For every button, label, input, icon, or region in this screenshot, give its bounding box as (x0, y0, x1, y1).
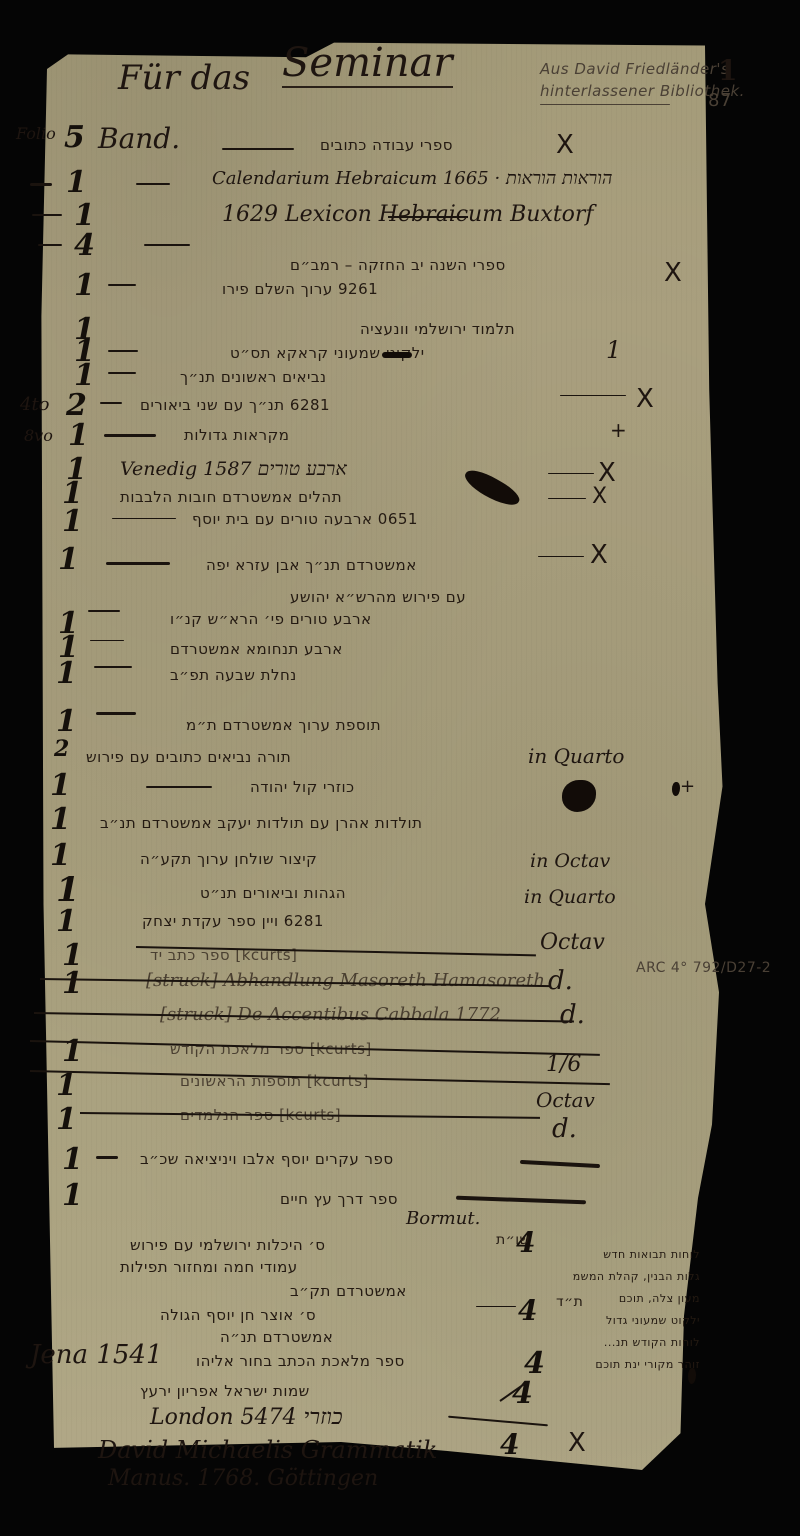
format-note: in Quarto (528, 744, 624, 768)
tally-qty: 4 (74, 228, 95, 263)
tally-qty: 1 (50, 802, 71, 837)
entry-title: אמשטרדם תק״ב (290, 1282, 407, 1300)
tally-qty: 1 (50, 768, 71, 803)
entry-title: 1629 ערוך השלם פירו (222, 280, 378, 298)
entry-title: ספר עקרים יוסף אלבו ויניציאה שכ״ב (140, 1150, 394, 1168)
entry-title: תלמוד ירושלמי וונעציה (360, 320, 515, 338)
format-note: in Octav (530, 850, 610, 872)
tally-qty: 2 (54, 736, 69, 762)
entry-title: תהלים אמשטרדם חובות הלבבות (120, 488, 342, 506)
plus-mark: + (610, 418, 627, 442)
entry-title: ארבע טורים פי׳ הרא״ש קנ״ו (170, 610, 372, 628)
entry-title: ספר דרך עץ חיים (280, 1190, 398, 1208)
tally-word: Band. (98, 122, 180, 155)
format-note: d. (548, 966, 573, 996)
x-mark: X (664, 258, 682, 288)
ditto-dash (136, 183, 170, 185)
lead-line (548, 498, 586, 499)
ditto-dash (146, 786, 212, 788)
entry-title: Venedig 1587 ארבע טורים (120, 458, 347, 481)
x-mark: X (636, 384, 654, 414)
entry-title: ספרי השנה יב החזקה – רמב״ם (290, 256, 506, 274)
ditto-dash (94, 666, 132, 668)
tally-qty: 1 (56, 1068, 77, 1103)
entry-title: Calendarium Hebraicum 1665 · הוראות הורא… (212, 168, 612, 189)
side-note-line: לוחות תבואות חדש (580, 1244, 700, 1266)
format-note: d. (560, 1000, 585, 1030)
format-label-folio: Folio (16, 124, 56, 143)
entry-title: ס׳ היכלות ירושלמי עם פירוש (130, 1236, 325, 1254)
folio-mark: 1 (718, 54, 737, 87)
imprint-jena: Jena 1541 (30, 1340, 163, 1370)
lead-line (560, 395, 626, 396)
format-note: Octav (540, 930, 605, 955)
entry-title: עם פירוש מהרש״א יהושע (290, 588, 466, 606)
ditto-dash (96, 1156, 118, 1159)
tally-qty: 1 (68, 418, 89, 453)
tally-qty: 1 (62, 966, 83, 1001)
check-mark: 1 (606, 336, 621, 364)
ditto-dash (96, 712, 136, 715)
side-note-line: זוהר מקורי ינת תוכם (580, 1354, 700, 1376)
entry-title: ספר מלאכת הכתב בחור אליהו (196, 1352, 405, 1370)
ditto-dash (476, 1306, 516, 1307)
strikethrough (388, 216, 468, 218)
entry-title: 1629 Lexicon Hebraicum Buxtorf (222, 202, 594, 227)
lead-dash (32, 214, 62, 216)
lead-dash (30, 183, 52, 186)
ditto-dash (108, 284, 136, 286)
ditto-dash (108, 372, 136, 374)
entry-title: ספרי עבודה כתובים (320, 136, 453, 154)
tally-qty: 1 (56, 704, 77, 739)
entry-title: David Michaelis Grammatik (98, 1436, 437, 1464)
ditto-dash (222, 148, 294, 150)
entry-title: 1826 ויין ספר עקדת יצחק (142, 912, 324, 930)
ditto-dash (106, 562, 170, 565)
ink-smear (382, 352, 412, 358)
format-note: in Quarto (524, 886, 616, 908)
signature-fragment: Bormut. (406, 1208, 480, 1229)
ditto-dash (144, 244, 190, 246)
ditto-dash (90, 640, 124, 641)
format-note: d. (552, 1114, 577, 1144)
x-mark: X (568, 1428, 586, 1458)
entry-title: 1826 תנ״ך עם שני ביאורים (140, 396, 330, 414)
tally-qty: 1 (58, 542, 79, 577)
tally-qty: 1 (56, 904, 77, 939)
entry-title: ארבע תנחומא אמשטרדם (170, 640, 343, 658)
format-number: 4 (512, 1376, 533, 1411)
entry-title: שמות ישראל אפריון ירעץ (140, 1382, 310, 1400)
format-number: 4 (500, 1428, 519, 1461)
entry-title: תולדות אהרן עם תולדות יעקב אמשטרדם תנ״ב (100, 814, 422, 832)
format-number: 4 (518, 1294, 537, 1327)
entry-title: נביאים ראשונים תנ״ך (180, 368, 327, 386)
call-number: ARC 4° 792/D27-2 (636, 960, 771, 976)
entry-title: London 5474 כוזרי (150, 1404, 343, 1430)
tally-qty: 1 (56, 1102, 77, 1137)
entry-title: ס׳ אוצר חן יוסף הגולה (160, 1306, 316, 1324)
side-note-line: גלות הבנין, קהלת המשמ (580, 1266, 700, 1288)
tally-qty: 1 (66, 165, 87, 200)
provenance-note-line1: Aus David Friedländer's (540, 60, 729, 78)
entry-title: כוזרי קול יהודה (250, 778, 355, 796)
lead-dash (38, 244, 62, 246)
entry-title: אמשטרדם תנ״ה (220, 1328, 333, 1346)
format-note: Octav (536, 1088, 595, 1112)
ink-spot (688, 1368, 696, 1384)
ditto-dash (108, 350, 138, 352)
lead-line (538, 556, 584, 557)
x-mark: X (556, 130, 574, 160)
entry-title: תורה נביאים כתובים עם פירוש (86, 748, 291, 766)
tally-qty: 1 (56, 656, 77, 691)
tally-qty: 1 (62, 1142, 83, 1177)
plus-mark: + (680, 776, 695, 797)
ditto-dash (88, 610, 120, 612)
entry-title: נחלת שבעה תפ״ב (170, 666, 297, 684)
tally-qty: 1 (62, 1034, 83, 1069)
side-note-line: ילקוט שמעוני גדול (580, 1310, 700, 1332)
tally-qty: 1 (50, 838, 71, 873)
heading-title: Für das SeminarSeminar (282, 40, 453, 88)
entry-title: הגהות וביאורים תנ״ט (200, 884, 346, 902)
entry-title: תוספת ערוך אמשטרדם ת״מ (186, 716, 381, 734)
ditto-dash (104, 434, 156, 437)
tally-qty: 1 (62, 504, 83, 539)
entry-title: אמשטרדם תנ״ך אבן עזרא יפה (206, 556, 417, 574)
side-note: לוחות תבואות חדש גלות הבנין, קהלת המשמ מ… (580, 1244, 700, 1376)
ditto-dash (112, 518, 176, 519)
tally-qty: 5 (64, 120, 85, 155)
margin-note-quarto: 4to (20, 394, 50, 415)
tally-qty: 1 (74, 268, 95, 303)
entry-title: עמודי חמה ומחזור תפילות (120, 1258, 298, 1276)
side-note-line: מעון צלה, תוכם (580, 1288, 700, 1310)
entry-title: 1560 ארבעה טורים עם בית יוסף (192, 510, 418, 528)
heading-prefix: Für das (118, 58, 250, 98)
tally-qty: 1 (62, 1178, 83, 1213)
side-note-line: לוחות הקודש תנ... (580, 1332, 700, 1354)
lead-line (548, 473, 594, 474)
margin-note-octavo: 8vo (24, 426, 53, 445)
format-note: שו״ת (496, 1232, 530, 1248)
entry-title: מקראות גדולות (184, 426, 289, 444)
folio-number: 87 (708, 90, 732, 111)
format-note: 1/6 (546, 1052, 581, 1077)
entry-title: קיצור שולחן ערוך תקע״ה (140, 850, 317, 868)
ditto-dash (100, 402, 122, 404)
x-mark: X (590, 540, 608, 570)
entry-title: Manus. 1768. Göttingen (108, 1466, 378, 1491)
provenance-rule (540, 104, 670, 105)
x-mark: X (592, 484, 607, 509)
